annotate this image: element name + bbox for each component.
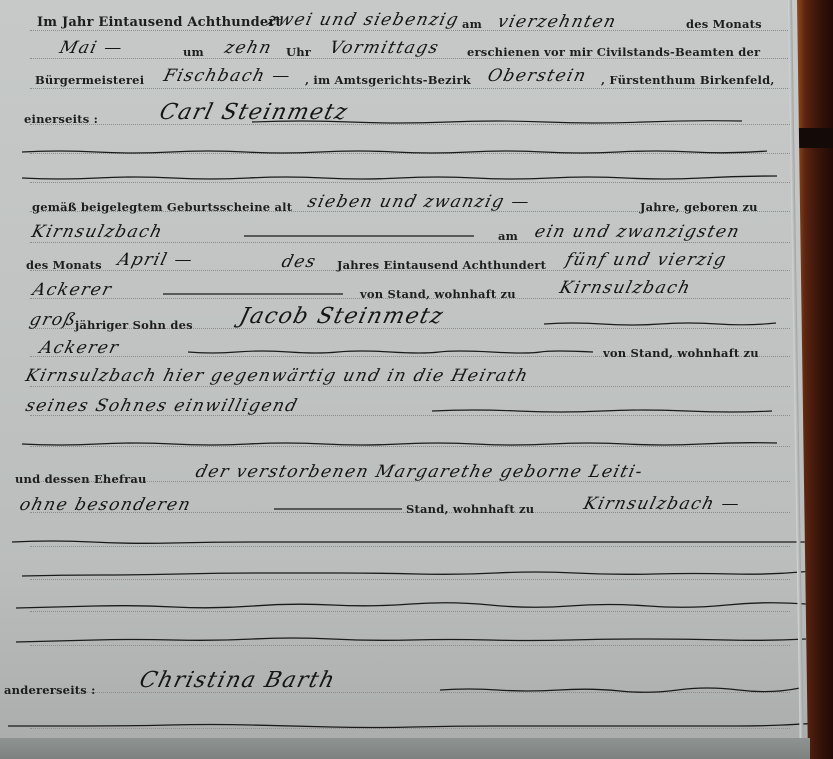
printed-text: des Monats xyxy=(26,258,102,272)
handwritten-hour: zehn xyxy=(223,38,275,58)
printed-text: am xyxy=(462,17,482,31)
baseline xyxy=(30,182,790,183)
printed-text: und dessen Ehefrau xyxy=(15,472,147,486)
printed-text: des Monats xyxy=(686,17,762,31)
handwritten-year: zwei und siebenzig xyxy=(266,10,462,30)
handwritten-day: vierzehnten xyxy=(496,12,619,32)
handwritten-father-residence-consent: Kirnsulzbach hier gegenwärtig und in die… xyxy=(24,366,531,386)
fill-stroke xyxy=(12,538,812,546)
handwritten-groom-birth-month: April — xyxy=(116,250,196,270)
handwritten-groom-birth-year: fünf und vierzig xyxy=(564,250,730,270)
handwritten-consent-continued: seines Sohnes einwilligend xyxy=(24,396,301,416)
printed-text: Bürgermeisterei xyxy=(35,73,144,87)
fill-stroke xyxy=(544,320,776,328)
baseline xyxy=(30,546,790,547)
printed-text: Stand, wohnhaft zu xyxy=(406,502,534,516)
handwritten-groom-birthplace: Kirnsulzbach xyxy=(30,222,166,242)
handwritten-court-district: Oberstein xyxy=(486,66,590,86)
handwritten-groom-status: groß xyxy=(28,310,80,330)
printed-text: , Fürstenthum Birkenfeld, xyxy=(601,73,775,87)
printed-text: gemäß beigelegtem Geburtsscheine alt xyxy=(32,200,292,214)
baseline xyxy=(30,611,790,612)
fill-stroke xyxy=(22,570,812,578)
handwritten-mayoralty: Fischbach — xyxy=(162,66,294,86)
printed-text: am xyxy=(498,229,518,243)
handwritten-mother: der verstorbenen Margarethe geborne Leit… xyxy=(194,462,646,482)
next-page-shadow xyxy=(0,738,810,759)
printed-text: von Stand, wohnhaft zu xyxy=(603,346,759,360)
printed-label-einerseits: einerseits : xyxy=(24,112,98,126)
fill-stroke xyxy=(8,722,818,730)
fill-stroke xyxy=(188,348,593,356)
wooden-frame-band xyxy=(795,128,833,148)
printed-label-andererseits: andererseits : xyxy=(4,683,96,697)
handwritten-groom-age: sieben und zwanzig — xyxy=(306,192,533,212)
fill-stroke xyxy=(22,440,777,448)
printed-text: Jahres Eintausend Achthundert xyxy=(337,258,546,272)
fill-stroke xyxy=(252,118,742,126)
printed-text: um xyxy=(183,45,204,59)
handwritten-father-occupation: Ackerer xyxy=(38,338,122,358)
handwritten-mother-residence: Kirnsulzbach — xyxy=(582,494,743,514)
fill-stroke xyxy=(274,505,402,513)
fill-stroke xyxy=(432,407,772,415)
baseline xyxy=(30,386,790,387)
register-page: Im Jahr Eintausend Achthundert zwei und … xyxy=(0,0,808,759)
baseline xyxy=(30,645,790,646)
baseline xyxy=(30,88,790,89)
fill-stroke xyxy=(16,602,806,610)
printed-text: erschienen vor mir Civilstands-Beamten d… xyxy=(467,45,760,59)
handwritten-mother-occupation: ohne besonderen xyxy=(18,495,194,515)
fill-stroke xyxy=(22,174,777,182)
printed-text: Jahre, geboren zu xyxy=(640,200,758,214)
printed-text: Uhr xyxy=(286,45,311,59)
fill-stroke xyxy=(440,686,800,694)
printed-text: von Stand, wohnhaft zu xyxy=(360,287,516,301)
handwritten-time-of-day: Vormittags xyxy=(328,38,442,58)
baseline xyxy=(30,579,790,580)
handwritten-groom-occupation: Ackerer xyxy=(31,280,115,300)
printed-text: , im Amtsgerichts-Bezirk xyxy=(305,73,471,87)
handwritten-groom-residence: Kirnsulzbach xyxy=(558,278,694,298)
handwritten-bride-name: Christina Barth xyxy=(137,668,339,693)
baseline xyxy=(30,30,790,31)
handwritten-father-name: Jacob Steinmetz xyxy=(237,304,447,329)
handwritten-month: Mai — xyxy=(58,38,126,58)
fill-stroke xyxy=(16,636,806,644)
fill-stroke xyxy=(22,148,767,156)
printed-text: jähriger Sohn des xyxy=(75,318,193,332)
printed-text: Im Jahr Eintausend Achthundert xyxy=(37,15,282,30)
fill-stroke xyxy=(163,290,343,298)
fill-stroke xyxy=(244,232,474,240)
handwritten-groom-birth-day: ein und zwanzigsten xyxy=(533,222,743,242)
baseline xyxy=(30,242,790,243)
handwritten-text: des xyxy=(280,252,319,272)
